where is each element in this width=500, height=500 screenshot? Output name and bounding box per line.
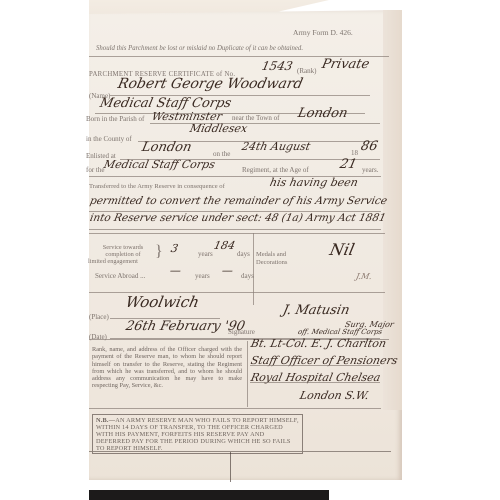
medals-label-1: Medals and xyxy=(256,251,286,258)
parchment-edge xyxy=(383,10,402,410)
parish-rule xyxy=(150,123,380,124)
brace-icon: } xyxy=(155,243,163,261)
abroad-years-word: years xyxy=(195,272,210,280)
service-towards-label-2: completion of xyxy=(92,251,154,258)
enlisted-year: 86 xyxy=(359,139,379,154)
service-days: 184 xyxy=(213,239,237,252)
nb-notice: N.B.—AN ARMY RESERVE MAN WHO FAILS TO RE… xyxy=(92,414,303,454)
crease-mark xyxy=(230,452,231,482)
form-number: Army Form D. 426. xyxy=(293,28,353,37)
rank-label: (Rank) xyxy=(297,67,316,75)
transfer-reason-line3: into Reserve service under sect: 48 (1a)… xyxy=(89,212,387,224)
county-label: in the County of xyxy=(86,135,132,143)
officer-info-text: Rank, name, and address of the Officer c… xyxy=(92,346,242,390)
officer-bottom-rule xyxy=(89,408,381,409)
certificate-number: 1543 xyxy=(261,59,295,73)
years-label: years. xyxy=(362,166,379,174)
enlisted-place: London xyxy=(140,140,193,155)
name-value: Robert George Woodward xyxy=(116,76,304,92)
signature-title-2: off. Medical Staff Corps xyxy=(297,328,383,336)
officer-line-4: London S.W. xyxy=(299,389,371,402)
on-the-label: on the xyxy=(213,150,230,158)
fold-line xyxy=(89,451,391,452)
enlisted-date: 24th August xyxy=(241,140,312,153)
officer-divider xyxy=(247,341,248,407)
days-word: days xyxy=(237,250,250,258)
reason-rule-2 xyxy=(89,229,381,230)
medals-label-2: Decorations xyxy=(256,259,287,266)
officer-line-1: Bt. Lt-Col. E. J. Charlton xyxy=(250,337,388,350)
medals-value: Nil xyxy=(328,240,356,259)
officer-rule-2 xyxy=(250,382,380,383)
lost-warning: Should this Parchment be lost or mislaid… xyxy=(96,45,303,52)
medals-initials: J.M. xyxy=(355,272,373,281)
year-prefix: 18 xyxy=(351,149,358,157)
abroad-days-word: days xyxy=(241,272,254,280)
transfer-label: Transferred to the Army Reserve in conse… xyxy=(89,183,225,190)
born-parish-label: Born in the Parish of xyxy=(86,115,144,123)
signature-value: J. Matusin xyxy=(281,303,351,318)
regiment-age-label: Regiment, at the Age of xyxy=(242,166,309,174)
officer-rule-1 xyxy=(250,365,380,366)
service-towards-label-1: Service towards xyxy=(92,244,154,251)
place-value: Woolwich xyxy=(124,293,201,311)
near-town-value: London xyxy=(296,106,349,121)
place-label: (Place) xyxy=(89,313,109,321)
county-value: Middlesex xyxy=(189,122,249,135)
years-word: years xyxy=(198,250,213,258)
corps-value: Medical Staff Corps xyxy=(98,96,232,111)
regiment-value: Medical Staff Corps xyxy=(103,158,217,171)
rank-value: Private xyxy=(320,57,370,72)
service-top-rule xyxy=(89,233,385,234)
notice-nb-label: N.B.— xyxy=(96,417,115,424)
signature-label: Signature xyxy=(228,328,255,336)
notice-text: AN ARMY RESERVE MAN WHO FAILS TO REPORT … xyxy=(96,417,299,452)
transfer-reason-line1: his having been xyxy=(269,176,360,189)
age-value: 21 xyxy=(338,157,358,172)
service-divider xyxy=(253,233,254,305)
service-towards-label-3: limited engagement xyxy=(88,258,138,265)
service-abroad-label: Service Abroad ... xyxy=(95,272,145,280)
transfer-reason-line2: permitted to convert the remainder of hi… xyxy=(89,195,389,207)
near-town-label: near the Town of xyxy=(232,114,279,122)
photo-bottom-edge xyxy=(89,490,329,500)
